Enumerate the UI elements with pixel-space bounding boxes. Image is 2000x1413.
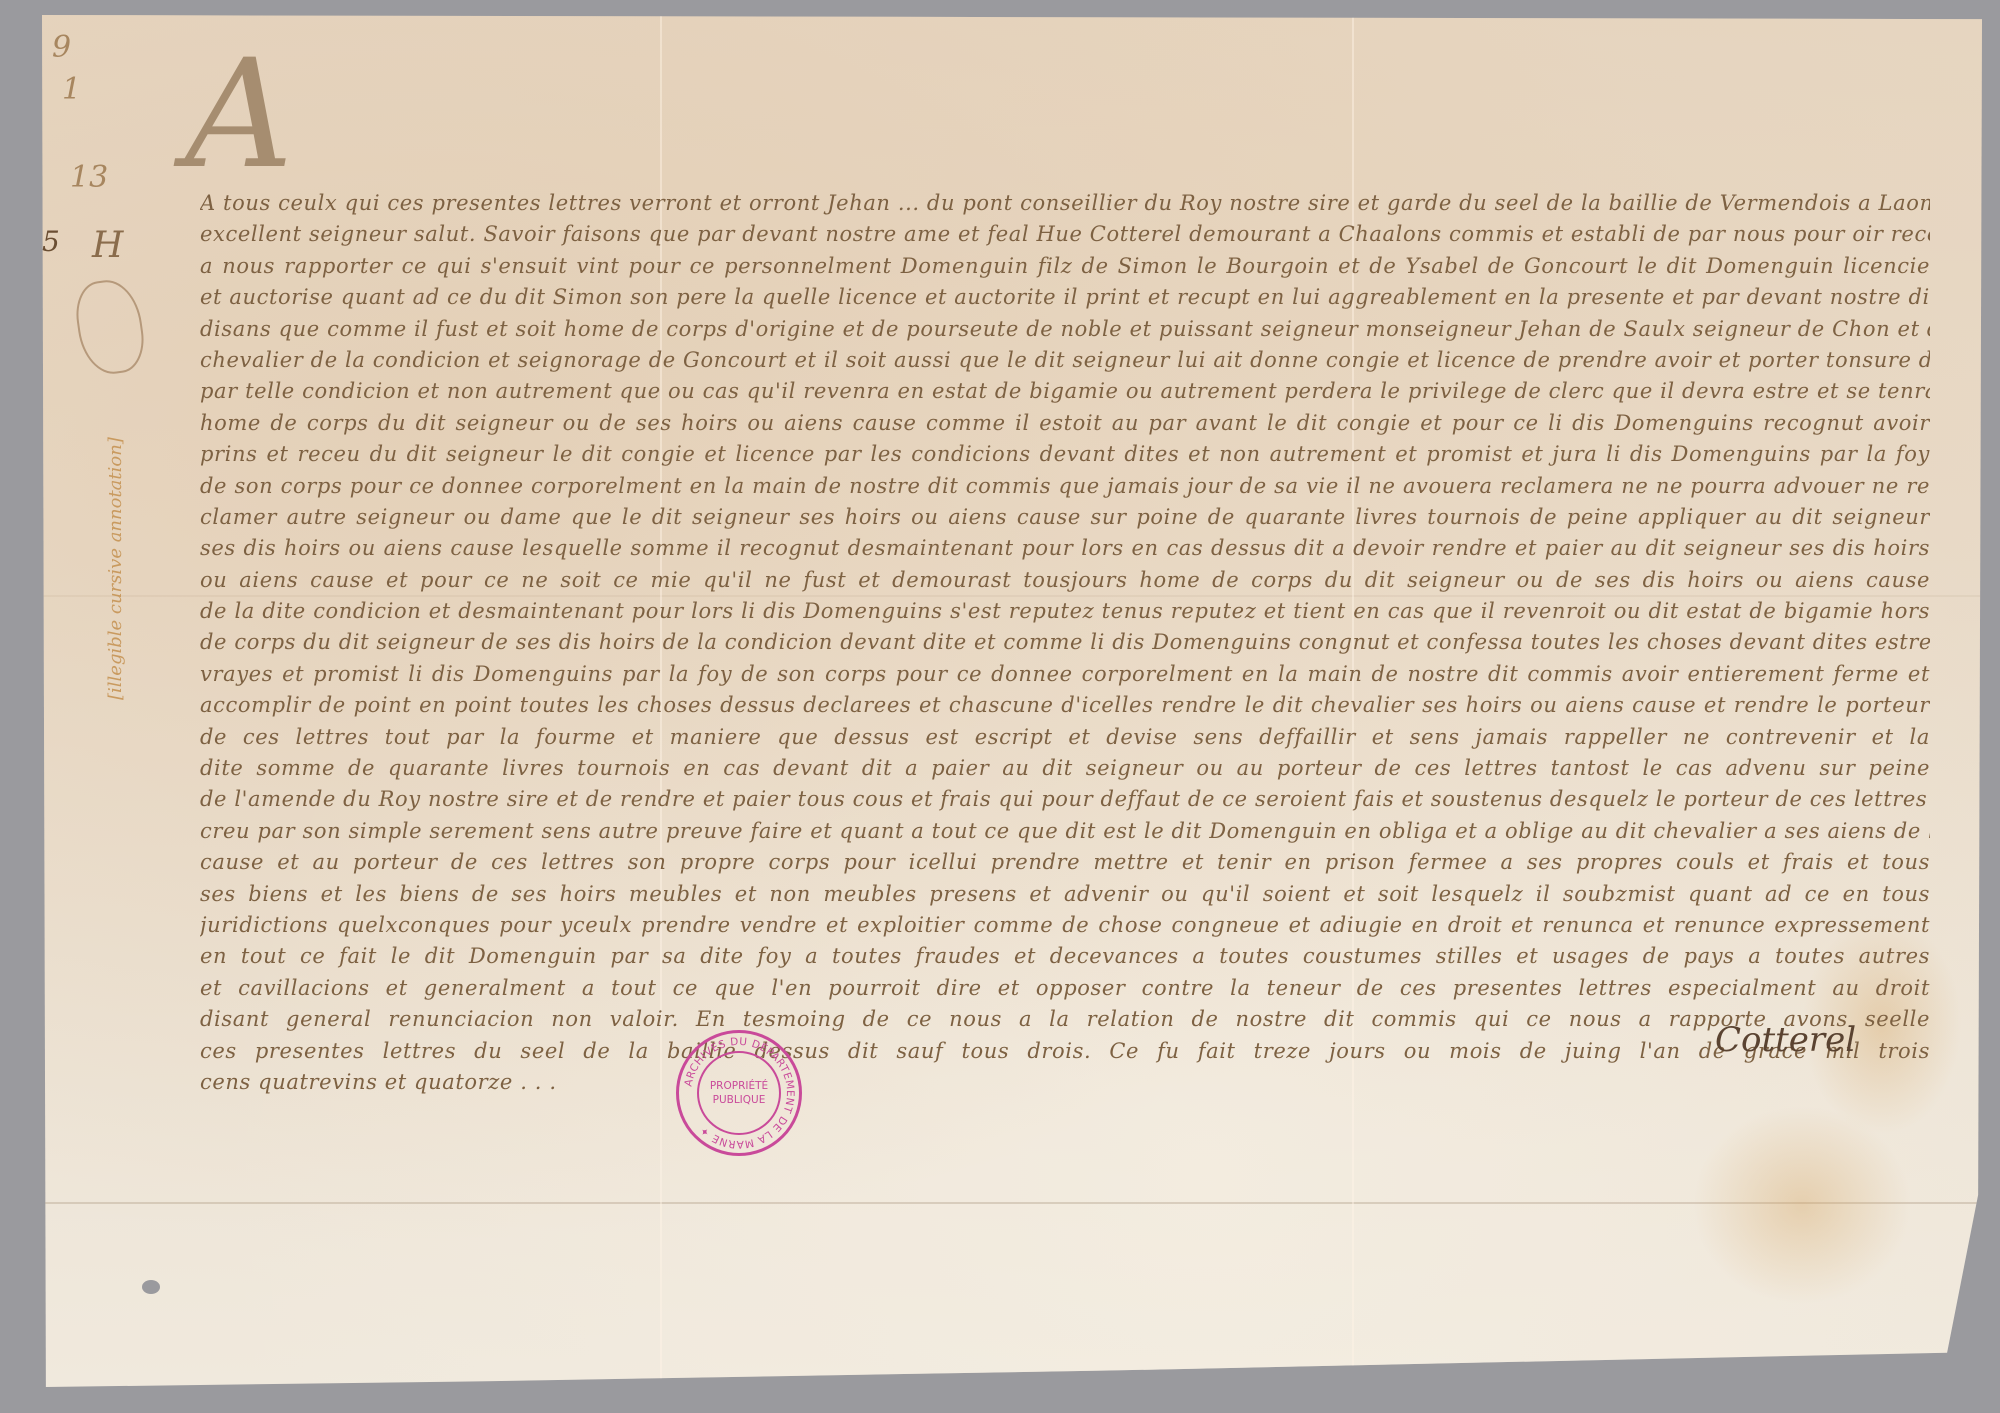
text-line: chevalier de la condicion et seignorage …	[200, 345, 1930, 376]
text-line: disant general renunciacion non valoir. …	[200, 1004, 1930, 1035]
text-line: vrayes et promist li dis Domenguins par …	[200, 659, 1930, 690]
notary-signature: Cotterel	[1715, 1020, 1856, 1060]
text-line: disans que comme il fust et soit home de…	[200, 314, 1930, 345]
text-line: de corps du dit seigneur de ses dis hoir…	[200, 627, 1930, 658]
text-line: de son corps pour ce donnee corporelment…	[200, 471, 1930, 502]
text-line: de l'amende du Roy nostre sire et de ren…	[200, 784, 1930, 815]
text-line: et cavillacions et generalment a tout ce…	[200, 973, 1930, 1004]
margin-note: 1	[62, 72, 81, 107]
margin-note: 13	[70, 160, 108, 195]
archive-stamp: ARCHIVES DU DÉPARTEMENT DE LA MARNE ✦ PR…	[676, 1030, 802, 1156]
text-line: ou aiens cause et pour ce ne soit ce mie…	[200, 565, 1930, 596]
text-line: cens quatrevins et quatorze . . .	[200, 1067, 1930, 1098]
text-line: cause et au porteur de ces lettres son p…	[200, 847, 1930, 878]
stamp-center: PROPRIÉTÉ PUBLIQUE	[697, 1051, 781, 1135]
text-line: de la dite condicion et desmaintenant po…	[200, 596, 1930, 627]
decorated-initial: A	[185, 40, 293, 190]
stamp-line-1: PROPRIÉTÉ	[710, 1079, 768, 1093]
text-line: clamer autre seigneur ou dame que le dit…	[200, 502, 1930, 533]
text-line: A tous ceulx qui ces presentes lettres v…	[200, 188, 1930, 219]
text-line: et auctorise quant ad ce du dit Simon so…	[200, 282, 1930, 313]
text-line: creu par son simple serement sens autre …	[200, 816, 1930, 847]
parchment-hole	[142, 1280, 160, 1294]
text-line: prins et receu du dit seigneur le dit co…	[200, 439, 1930, 470]
text-line: ces presentes lettres du seel de la bail…	[200, 1036, 1930, 1067]
charter-text: A tous ceulx qui ces presentes lettres v…	[200, 188, 1930, 1098]
fold-line	[42, 1202, 1982, 1204]
text-line: excellent seigneur salut. Savoir faisons…	[200, 219, 1930, 250]
margin-note: 9	[52, 30, 71, 65]
text-line: par telle condicion et non autrement que…	[200, 376, 1930, 407]
text-line: ses dis hoirs ou aiens cause lesquelle s…	[200, 533, 1930, 564]
text-line: de ces lettres tout par la fourme et man…	[200, 722, 1930, 753]
margin-note: 5	[42, 225, 60, 258]
stain	[1692, 1105, 1912, 1305]
text-line: ses biens et les biens de ses hoirs meub…	[200, 879, 1930, 910]
text-line: accomplir de point en point toutes les c…	[200, 690, 1930, 721]
text-line: juridictions quelxconques pour yceulx pr…	[200, 910, 1930, 941]
vertical-margin-note: [illegible cursive annotation]	[105, 437, 126, 700]
margin-note: H	[92, 225, 123, 266]
text-line: home de corps du dit seigneur ou de ses …	[200, 408, 1930, 439]
stamp-line-2: PUBLIQUE	[713, 1093, 766, 1107]
text-line: dite somme de quarante livres tournois e…	[200, 753, 1930, 784]
text-line: a nous rapporter ce qui s'ensuit vint po…	[200, 251, 1930, 282]
text-line: en tout ce fait le dit Domenguin par sa …	[200, 941, 1930, 972]
